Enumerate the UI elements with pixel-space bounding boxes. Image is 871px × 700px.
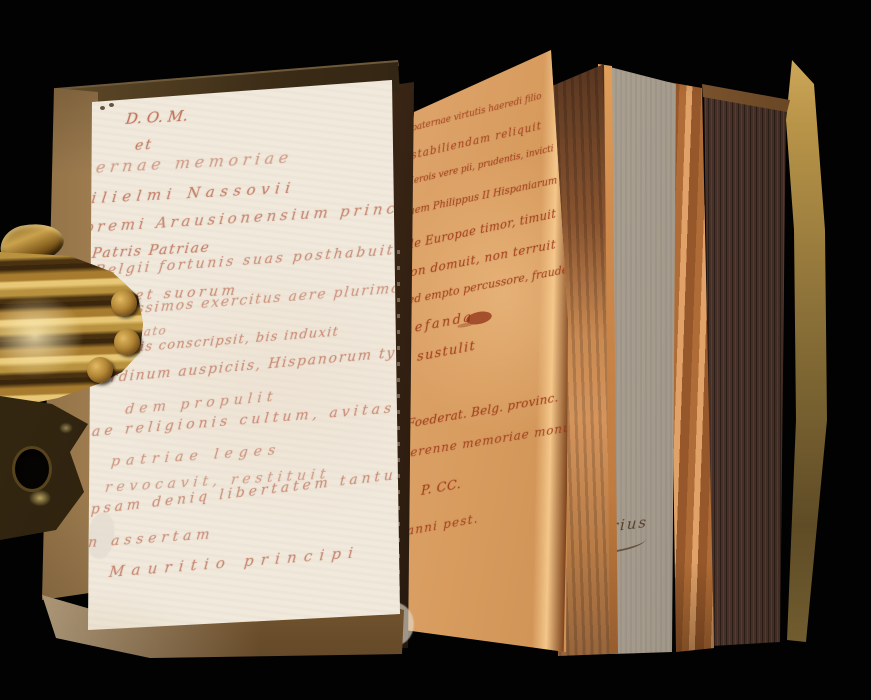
handwriting-line: anni pest. bbox=[407, 511, 479, 538]
brass-clasp-tip bbox=[87, 357, 113, 383]
handwriting-line: patriae leges bbox=[110, 442, 282, 470]
handwriting-line: Guilielmi Nassovii bbox=[58, 179, 297, 210]
photo-canvas: erius paternae virtutis haeredi filiosta… bbox=[0, 0, 871, 700]
handwriting-line: Mauritio principi bbox=[108, 543, 361, 581]
handwriting-line: D. O. M. bbox=[125, 107, 189, 128]
handwriting-line: P. CC. bbox=[421, 477, 461, 499]
handwriting-line: nefanda bbox=[404, 310, 474, 339]
brass-clasp-tip bbox=[111, 290, 137, 316]
handwriting-line: et bbox=[134, 137, 154, 154]
handwriting-line: sustulit bbox=[417, 339, 476, 366]
clasp-hole bbox=[12, 446, 52, 492]
sewing-hole bbox=[100, 106, 105, 110]
brass-clasp-tip bbox=[114, 329, 140, 355]
sewing-hole bbox=[109, 103, 114, 107]
